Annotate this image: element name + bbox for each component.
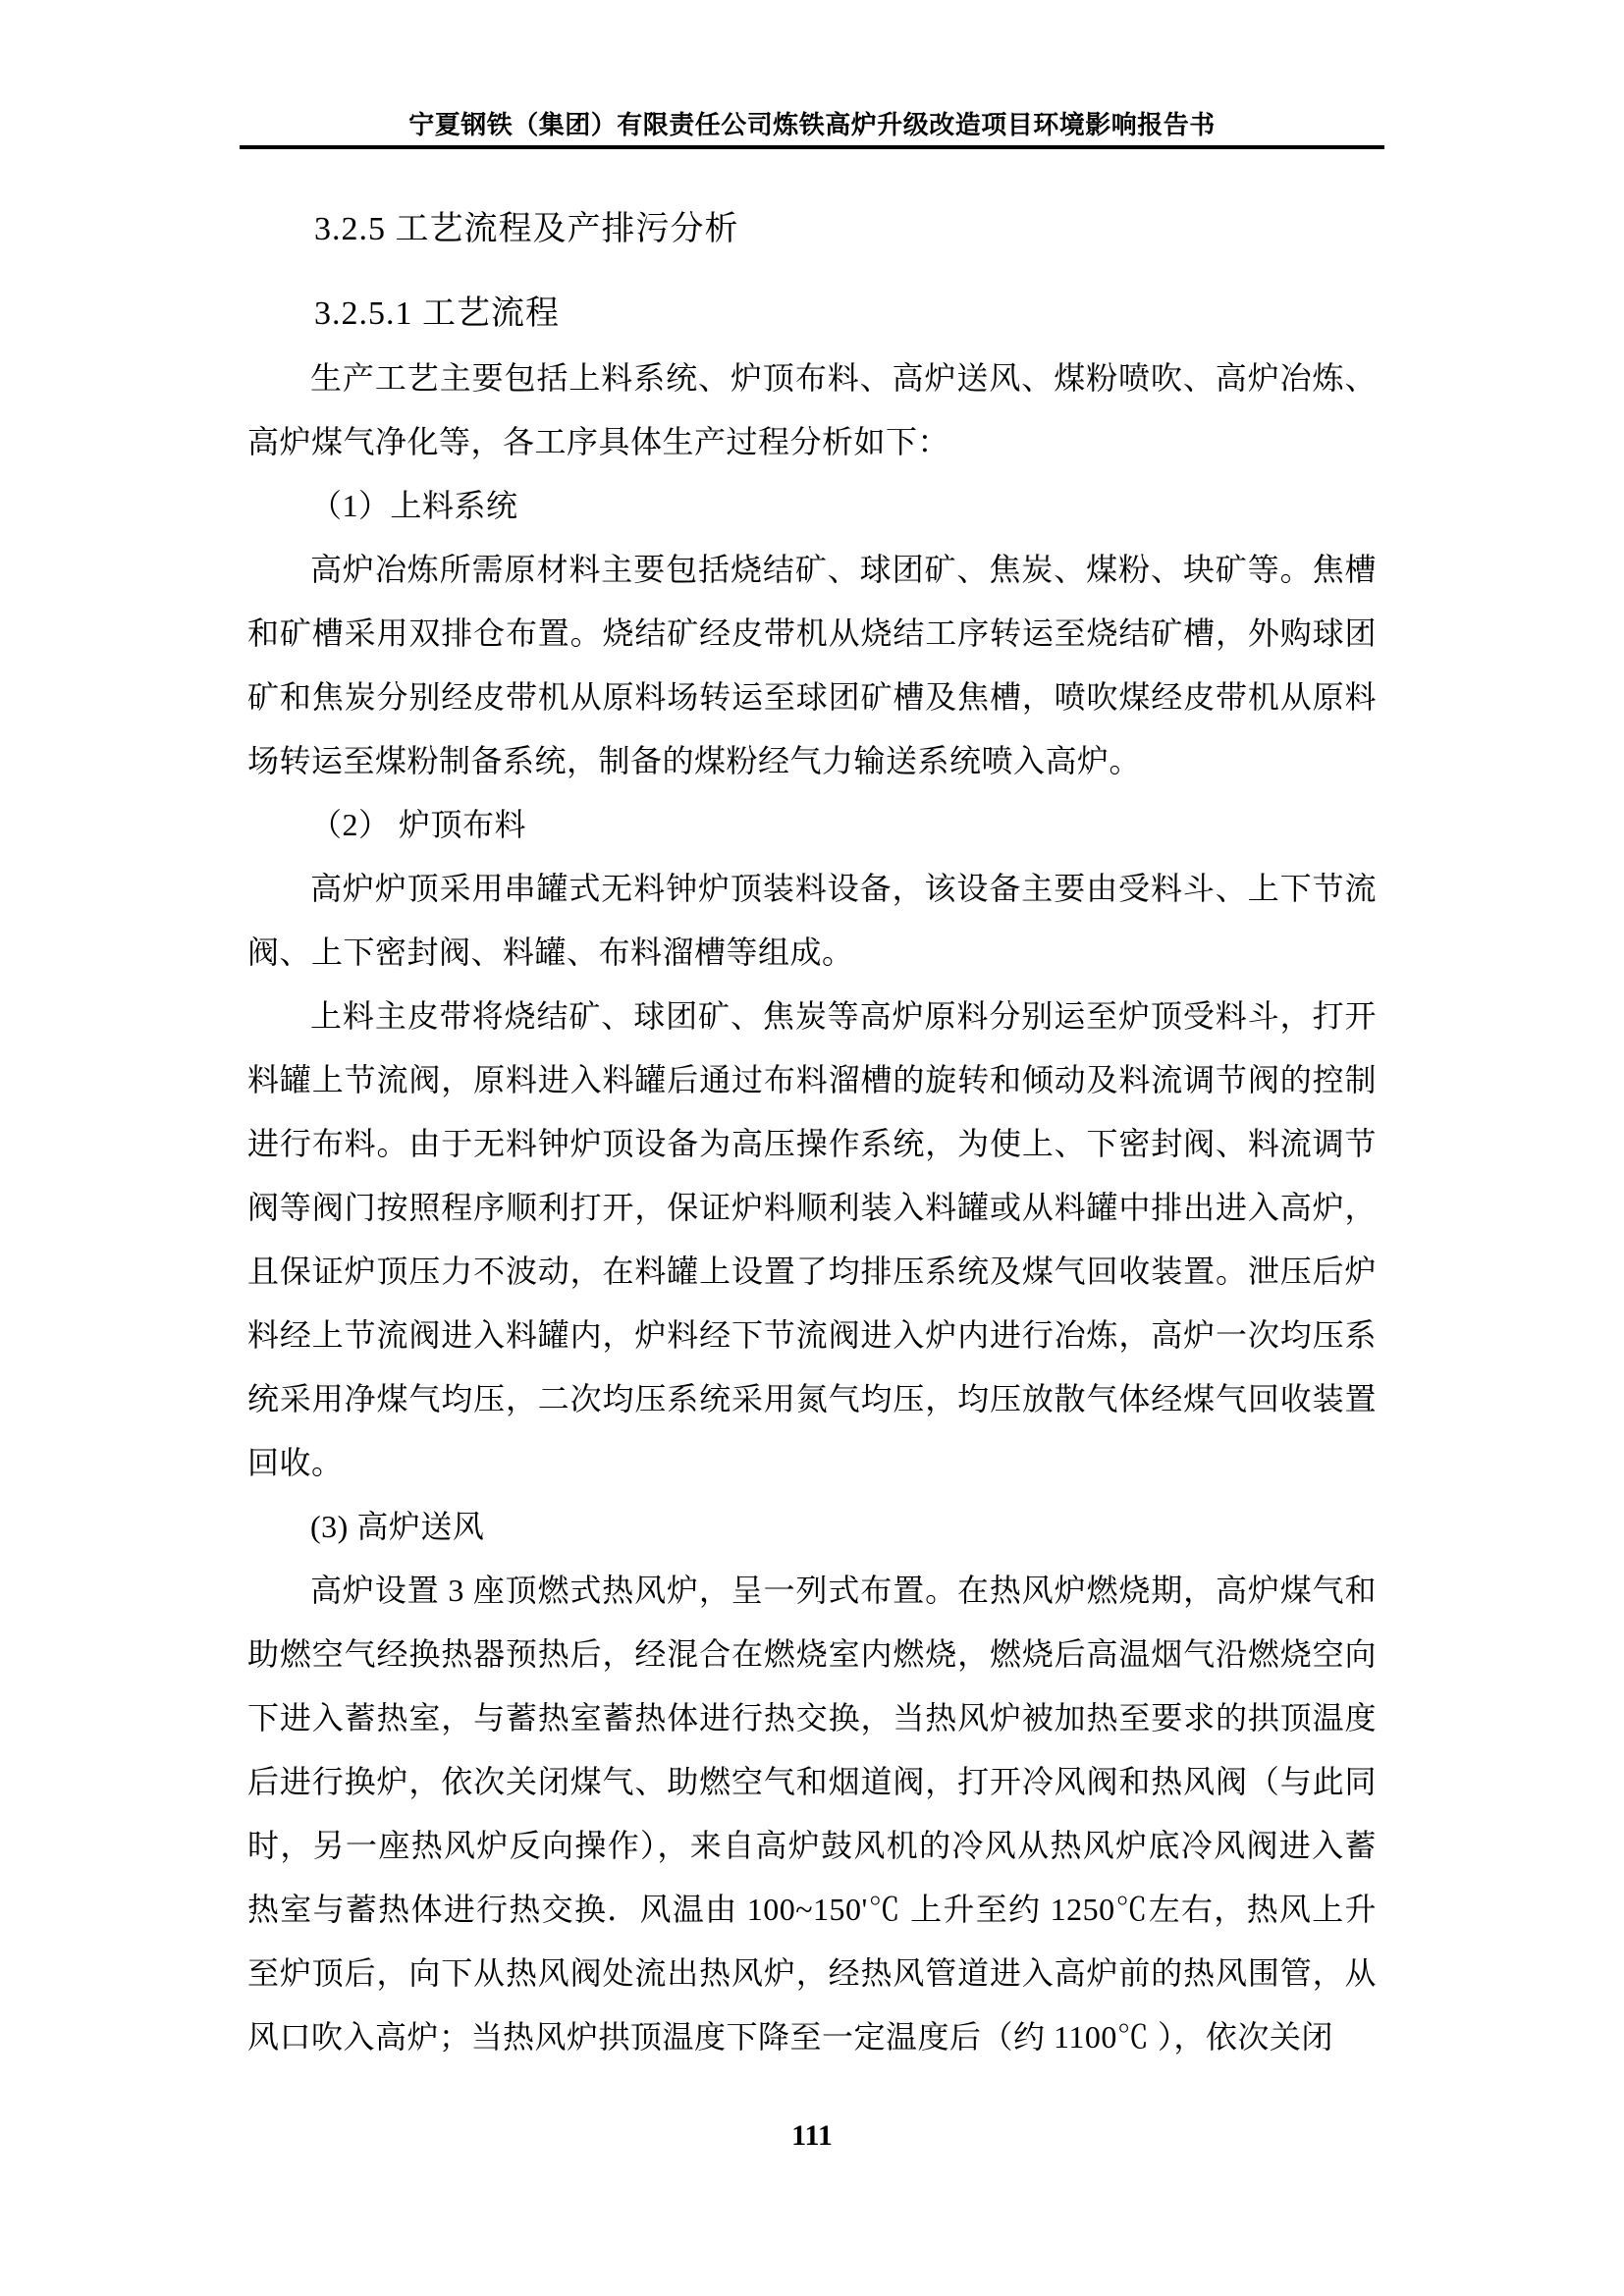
header-rule — [240, 145, 1384, 149]
document-page: 宁夏钢铁（集团）有限责任公司炼铁高炉升级改造项目环境影响报告书 3.2.5 工艺… — [0, 0, 1624, 2296]
subsection-heading: 3.2.5.1 工艺流程 — [247, 294, 1377, 334]
section-heading: 3.2.5 工艺流程及产排污分析 — [247, 210, 1377, 249]
paragraph-item-2-body-b: 上料主皮带将烧结矿、球团矿、焦炭等高炉原料分别运至炉顶受料斗，打开料罐上节流阀，… — [247, 985, 1377, 1495]
paragraph-item-1-title: （1）上料系统 — [247, 474, 1377, 538]
paragraph-item-2-title: （2） 炉顶布料 — [247, 793, 1377, 857]
paragraph-block: 生产工艺主要包括上料系统、炉顶布料、高炉送风、煤粉喷吹、高炉冶炼、高炉煤气净化等… — [247, 347, 1377, 2069]
document-body: 3.2.5 工艺流程及产排污分析 3.2.5.1 工艺流程 生产工艺主要包括上料… — [247, 210, 1377, 2069]
paragraph-item-1-body: 高炉冶炼所需原材料主要包括烧结矿、球团矿、焦炭、煤粉、块矿等。焦槽和矿槽采用双排… — [247, 538, 1377, 793]
paragraph-item-3-title: (3) 高炉送风 — [247, 1495, 1377, 1559]
page-footer: 111 — [0, 2118, 1624, 2154]
paragraph-intro: 生产工艺主要包括上料系统、炉顶布料、高炉送风、煤粉喷吹、高炉冶炼、高炉煤气净化等… — [247, 347, 1377, 474]
paragraph-item-3-body: 高炉设置 3 座顶燃式热风炉，呈一列式布置。在热风炉燃烧期，高炉煤气和助燃空气经… — [247, 1559, 1377, 2069]
page-number: 111 — [791, 2119, 833, 2152]
paragraph-item-2-body-a: 高炉炉顶采用串罐式无料钟炉顶装料设备，该设备主要由受料斗、上下节流阀、上下密封阀… — [247, 857, 1377, 985]
page-header: 宁夏钢铁（集团）有限责任公司炼铁高炉升级改造项目环境影响报告书 — [0, 0, 1624, 149]
header-title: 宁夏钢铁（集团）有限责任公司炼铁高炉升级改造项目环境影响报告书 — [0, 110, 1624, 139]
